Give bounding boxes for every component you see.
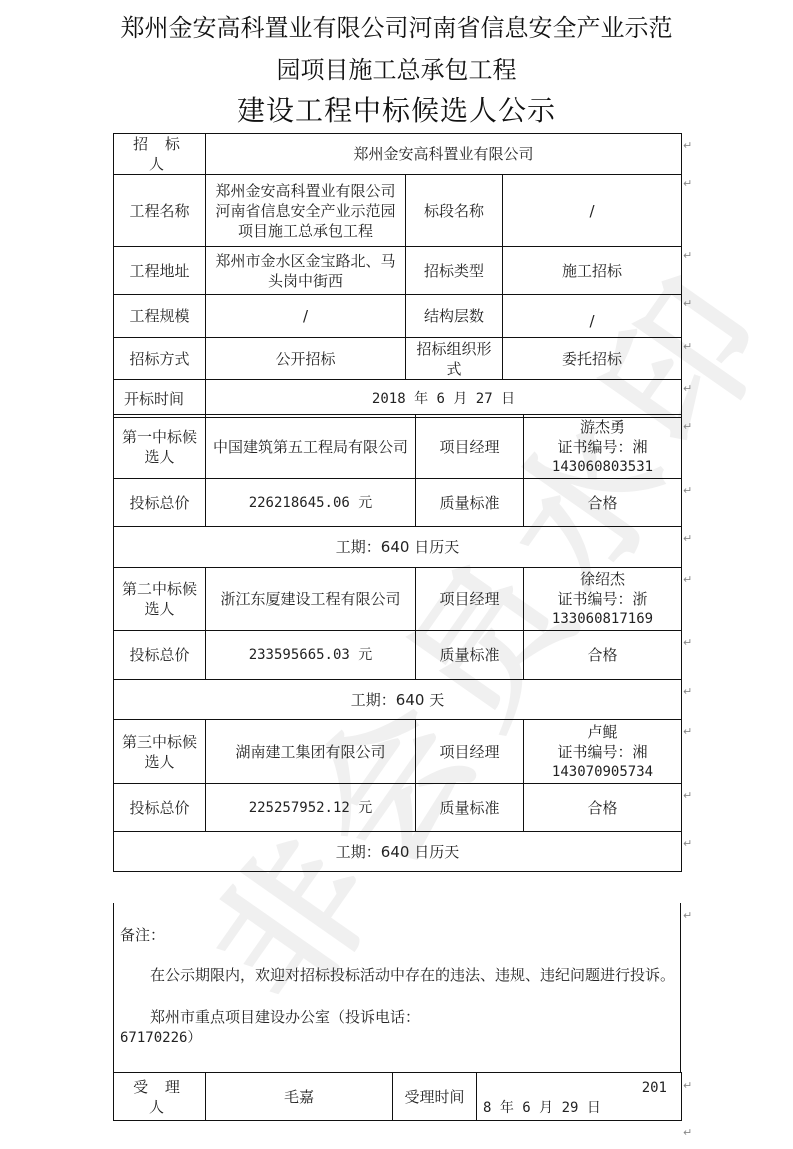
price-row: 投标总价 225257952.12 元 质量标准 合格 bbox=[114, 784, 682, 832]
method-label: 招标方式 bbox=[114, 338, 206, 380]
tenderer-label: 招 标 人 bbox=[114, 134, 206, 175]
project-manager-label: 项目经理 bbox=[416, 568, 524, 631]
quality-label: 质量标准 bbox=[416, 631, 524, 680]
section-name-value: / bbox=[503, 175, 682, 247]
return-mark-icon: ↵ bbox=[683, 1127, 692, 1138]
remarks-paragraph-complaint: 在公示期限内，欢迎对招标投标活动中存在的违法、违规、违纪问题进行投诉。 bbox=[120, 965, 676, 986]
remarks-label: 备注： bbox=[120, 925, 165, 946]
row-method: 招标方式 公开招标 招标组织形式 委托招标 bbox=[114, 338, 682, 380]
pm-cert-no: 143060803531 bbox=[528, 457, 677, 477]
doc-title-line1: 郑州金安高科置业有限公司河南省信息安全产业示范 bbox=[0, 10, 793, 46]
doc-subtitle: 建设工程中标候选人公示 bbox=[0, 91, 793, 131]
return-mark-icon: ↵ bbox=[683, 574, 692, 585]
price-row: 投标总价 233595665.03 元 质量标准 合格 bbox=[114, 631, 682, 680]
method-value: 公开招标 bbox=[206, 338, 406, 380]
floors-value: / bbox=[503, 295, 682, 338]
row-project-name: 工程名称 郑州金安高科置业有限公司河南省信息安全产业示范园项目施工总承包工程 标… bbox=[114, 175, 682, 247]
price-row: 投标总价 226218645.06 元 质量标准 合格 bbox=[114, 479, 682, 527]
return-mark-icon: ↵ bbox=[683, 838, 692, 849]
pm-cert-no: 143070905734 bbox=[528, 762, 677, 782]
quality-value: 合格 bbox=[524, 631, 682, 680]
floors-label: 结构层数 bbox=[406, 295, 503, 338]
pm-name: 游杰勇 bbox=[528, 417, 677, 437]
duration-value: 工期：640 日历天 bbox=[114, 832, 682, 872]
open-time-value: 2018 年 6 月 27 日 bbox=[206, 380, 682, 418]
row-scale: 工程规模 / 结构层数 / bbox=[114, 295, 682, 338]
candidate-row: 第一中标候选人 中国建筑第五工程局有限公司 项目经理 游杰勇 证书编号：湘 14… bbox=[114, 415, 682, 479]
receipt-row: 受 理 人 毛嘉 受理时间 201 8 年 6 月 29 日 bbox=[114, 1073, 682, 1121]
price-value: 226218645.06 元 bbox=[206, 479, 416, 527]
quality-label: 质量标准 bbox=[416, 784, 524, 832]
return-mark-icon: ↵ bbox=[683, 485, 692, 496]
pm-cert-label: 证书编号：湘 bbox=[528, 742, 677, 762]
pm-cert-label: 证书编号：浙 bbox=[528, 589, 677, 609]
return-mark-icon: ↵ bbox=[683, 298, 692, 309]
candidate-rank-label: 第二中标候选人 bbox=[114, 568, 206, 631]
row-address: 工程地址 郑州市金水区金宝路北、马头岗中街西 招标类型 施工招标 bbox=[114, 247, 682, 295]
return-mark-icon: ↵ bbox=[683, 421, 692, 432]
return-mark-icon: ↵ bbox=[683, 383, 692, 394]
receipt-table: 受 理 人 毛嘉 受理时间 201 8 年 6 月 29 日 bbox=[113, 1072, 682, 1121]
doc-title-line2: 园项目施工总承包工程 bbox=[0, 52, 793, 88]
scale-value: / bbox=[206, 295, 406, 338]
duration-value: 工期：640 日历天 bbox=[114, 527, 682, 568]
receiver-value: 毛嘉 bbox=[206, 1073, 393, 1121]
project-manager-info: 卢鲲 证书编号：湘 143070905734 bbox=[524, 720, 682, 784]
bid-type-value: 施工招标 bbox=[503, 247, 682, 295]
address-label: 工程地址 bbox=[114, 247, 206, 295]
return-mark-icon: ↵ bbox=[683, 910, 692, 921]
row-open-time: 开标时间 2018 年 6 月 27 日 bbox=[114, 380, 682, 418]
candidate-company: 浙江东厦建设工程有限公司 bbox=[206, 568, 416, 631]
return-mark-icon: ↵ bbox=[683, 637, 692, 648]
candidate-rank-label: 第一中标候选人 bbox=[114, 415, 206, 479]
duration-value: 工期：640 天 bbox=[114, 680, 682, 720]
return-mark-icon: ↵ bbox=[683, 533, 692, 544]
return-mark-icon: ↵ bbox=[683, 341, 692, 352]
return-mark-icon: ↵ bbox=[683, 790, 692, 801]
row-tenderer: 招 标 人 郑州金安高科置业有限公司 bbox=[114, 134, 682, 175]
price-label: 投标总价 bbox=[114, 631, 206, 680]
candidate-company: 中国建筑第五工程局有限公司 bbox=[206, 415, 416, 479]
address-value: 郑州市金水区金宝路北、马头岗中街西 bbox=[206, 247, 406, 295]
duration-row: 工期：640 日历天 bbox=[114, 832, 682, 872]
remarks-section: 备注： 在公示期限内，欢迎对招标投标活动中存在的违法、违规、违纪问题进行投诉。 … bbox=[113, 903, 681, 1073]
candidate-row: 第二中标候选人 浙江东厦建设工程有限公司 项目经理 徐绍杰 证书编号：浙 133… bbox=[114, 568, 682, 631]
return-mark-icon: ↵ bbox=[683, 1080, 692, 1091]
duration-row: 工期：640 天 bbox=[114, 680, 682, 720]
org-form-value: 委托招标 bbox=[503, 338, 682, 380]
duration-row: 工期：640 日历天 bbox=[114, 527, 682, 568]
candidate-company: 湖南建工集团有限公司 bbox=[206, 720, 416, 784]
return-mark-icon: ↵ bbox=[683, 726, 692, 737]
price-label: 投标总价 bbox=[114, 784, 206, 832]
pm-cert-label: 证书编号：湘 bbox=[528, 437, 677, 457]
remarks-phone: 67170226） bbox=[120, 1028, 201, 1049]
price-value: 233595665.03 元 bbox=[206, 631, 416, 680]
pm-cert-no: 133060817169 bbox=[528, 609, 677, 629]
quality-value: 合格 bbox=[524, 479, 682, 527]
project-manager-label: 项目经理 bbox=[416, 720, 524, 784]
return-mark-icon: ↵ bbox=[683, 140, 692, 151]
receipt-time-part2: 8 年 6 月 29 日 bbox=[483, 1098, 601, 1118]
receipt-time-value: 201 8 年 6 月 29 日 bbox=[477, 1073, 682, 1121]
scale-label: 工程规模 bbox=[114, 295, 206, 338]
project-name-value: 郑州金安高科置业有限公司河南省信息安全产业示范园项目施工总承包工程 bbox=[206, 175, 406, 247]
project-name-label: 工程名称 bbox=[114, 175, 206, 247]
receipt-time-part1: 201 bbox=[642, 1078, 667, 1098]
org-form-label: 招标组织形式 bbox=[406, 338, 503, 380]
project-manager-info: 游杰勇 证书编号：湘 143060803531 bbox=[524, 415, 682, 479]
return-mark-icon: ↵ bbox=[683, 178, 692, 189]
project-manager-info: 徐绍杰 证书编号：浙 133060817169 bbox=[524, 568, 682, 631]
candidates-table: 第一中标候选人 中国建筑第五工程局有限公司 项目经理 游杰勇 证书编号：湘 14… bbox=[113, 414, 682, 872]
return-mark-icon: ↵ bbox=[683, 686, 692, 697]
section-name-label: 标段名称 bbox=[406, 175, 503, 247]
tenderer-value: 郑州金安高科置业有限公司 bbox=[206, 134, 682, 175]
pm-name: 卢鲲 bbox=[528, 722, 677, 742]
info-table: 招 标 人 郑州金安高科置业有限公司 工程名称 郑州金安高科置业有限公司河南省信… bbox=[113, 133, 682, 418]
candidate-row: 第三中标候选人 湖南建工集团有限公司 项目经理 卢鲲 证书编号：湘 143070… bbox=[114, 720, 682, 784]
quality-label: 质量标准 bbox=[416, 479, 524, 527]
price-label: 投标总价 bbox=[114, 479, 206, 527]
quality-value: 合格 bbox=[524, 784, 682, 832]
receipt-time-label: 受理时间 bbox=[393, 1073, 477, 1121]
pm-name: 徐绍杰 bbox=[528, 569, 677, 589]
remarks-paragraph-office: 郑州市重点项目建设办公室（投诉电话： bbox=[120, 1007, 676, 1028]
return-mark-icon: ↵ bbox=[683, 250, 692, 261]
candidate-rank-label: 第三中标候选人 bbox=[114, 720, 206, 784]
project-manager-label: 项目经理 bbox=[416, 415, 524, 479]
price-value: 225257952.12 元 bbox=[206, 784, 416, 832]
open-time-label: 开标时间 bbox=[114, 380, 206, 418]
bid-type-label: 招标类型 bbox=[406, 247, 503, 295]
receiver-label: 受 理 人 bbox=[114, 1073, 206, 1121]
